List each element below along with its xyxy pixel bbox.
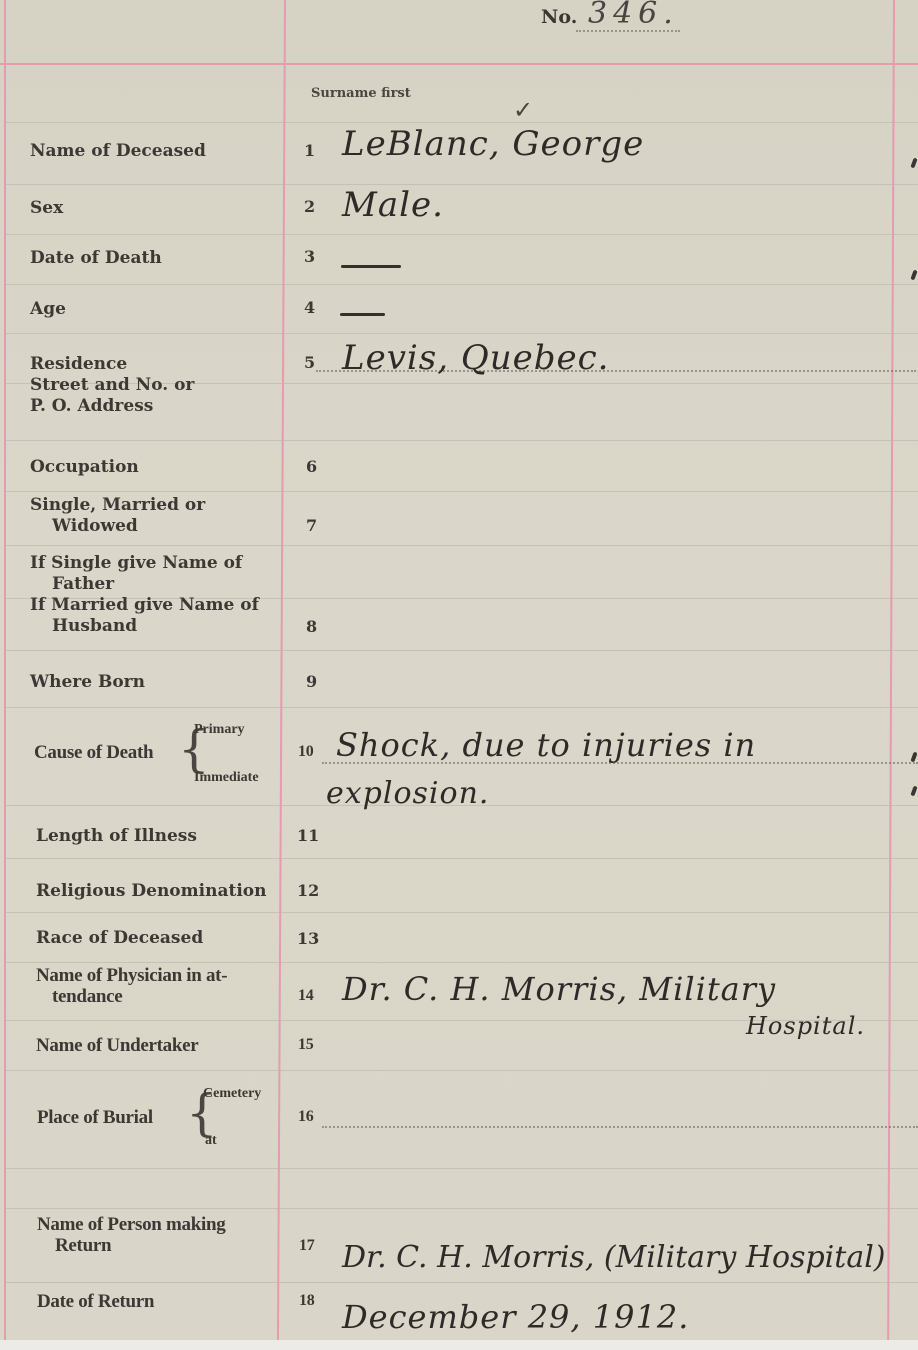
label-line: tendance xyxy=(36,986,122,1007)
label-line: Widowed xyxy=(30,516,138,537)
check-mark-icon: ✓ xyxy=(513,96,533,124)
label-line: Name of Physician in at- xyxy=(36,965,227,986)
field-number: 18 xyxy=(299,1292,314,1310)
label-line: If Single give Name of xyxy=(30,553,259,574)
label-date-of-death: Date of Death xyxy=(30,248,162,269)
label-date-of-return: Date of Return xyxy=(37,1291,154,1312)
value-name-of-deceased: LeBlanc, George xyxy=(342,124,644,164)
label-line: Father xyxy=(30,574,114,595)
ruling-line xyxy=(6,440,918,441)
ruling-line xyxy=(6,1070,918,1071)
left-margin-rule xyxy=(4,0,6,1340)
field-number: 6 xyxy=(306,457,317,476)
label-line: Name of Person making xyxy=(37,1214,225,1235)
field-number: 13 xyxy=(297,929,319,948)
value-residence: Levis, Quebec. xyxy=(342,338,609,378)
label-name-of-deceased: Name of Deceased xyxy=(30,141,206,162)
ruling-line xyxy=(6,707,918,708)
value-cause-of-death-line1: Shock, due to injuries in xyxy=(336,726,756,764)
ruling-line xyxy=(6,234,918,235)
label-cause-of-death: Cause of Death xyxy=(34,742,153,763)
surname-first-hint: Surname first xyxy=(311,86,411,101)
ruling-line xyxy=(6,333,918,334)
label-place-of-burial: Place of Burial xyxy=(37,1107,153,1128)
label-where-born: Where Born xyxy=(30,672,145,693)
field-number: 8 xyxy=(306,617,317,636)
field-number: 17 xyxy=(299,1237,314,1255)
field-number: 3 xyxy=(304,247,315,266)
field-number: 7 xyxy=(306,516,317,535)
sub-label-primary: Primary xyxy=(194,722,245,738)
value-date-of-death-dash xyxy=(341,265,401,268)
ruling-line xyxy=(6,491,918,492)
label-occupation: Occupation xyxy=(30,457,139,478)
sub-label-immediate: Immediate xyxy=(194,770,259,786)
label-religious-denomination: Religious Denomination xyxy=(36,881,266,902)
field-number: 2 xyxy=(304,197,315,216)
ruling-line xyxy=(6,122,918,123)
label-line: Return xyxy=(37,1235,111,1256)
field-number: 9 xyxy=(306,672,317,691)
label-line: If Married give Name of xyxy=(30,595,259,616)
label-race-of-deceased: Race of Deceased xyxy=(36,928,203,949)
label-physician: Name of Physician in at- tendance xyxy=(36,965,227,1007)
label-line: Husband xyxy=(30,616,137,637)
ruling-line xyxy=(6,650,918,651)
sub-label-at: at xyxy=(205,1133,217,1149)
label-line: P. O. Address xyxy=(30,396,194,417)
ruling-line xyxy=(6,284,918,285)
field-number: 16 xyxy=(298,1108,313,1126)
field-number: 10 xyxy=(298,743,313,761)
field-number: 11 xyxy=(297,826,319,845)
value-date-of-return: December 29, 1912. xyxy=(342,1298,689,1336)
page-bottom-edge xyxy=(0,1340,918,1350)
ruling-line xyxy=(6,545,918,546)
value-cause-of-death-line2: explosion. xyxy=(326,776,489,811)
record-number-label: No. xyxy=(541,6,577,28)
record-number-dotted-line xyxy=(576,30,680,32)
header-rule xyxy=(0,63,918,65)
ruling-line xyxy=(6,912,918,913)
label-line: Street and No. or xyxy=(30,375,194,396)
record-number-value: 346. xyxy=(588,0,679,31)
field-number: 4 xyxy=(304,298,315,317)
value-age-dash xyxy=(340,313,385,316)
label-line: Residence xyxy=(30,354,194,375)
label-marital-status: Single, Married or Widowed xyxy=(30,495,205,537)
value-physician-line1: Dr. C. H. Morris, Military xyxy=(342,970,776,1008)
dotted-entry-line xyxy=(322,1126,918,1128)
ruling-line xyxy=(6,858,918,859)
value-physician-line2: Hospital. xyxy=(746,1012,865,1040)
label-line: Single, Married or xyxy=(30,495,205,516)
field-number: 1 xyxy=(304,141,315,160)
ruling-line xyxy=(6,962,918,963)
value-sex: Male. xyxy=(342,185,444,225)
label-parent-spouse: If Single give Name of Father If Married… xyxy=(30,553,259,637)
field-number: 5 xyxy=(304,353,315,372)
label-length-of-illness: Length of Illness xyxy=(36,826,197,847)
field-number: 12 xyxy=(297,881,319,900)
label-undertaker: Name of Undertaker xyxy=(36,1035,198,1056)
ruling-line xyxy=(6,184,918,185)
label-person-making-return: Name of Person making Return xyxy=(37,1214,225,1256)
ruling-line xyxy=(6,1168,918,1169)
sub-label-cemetery: Cemetery xyxy=(203,1086,261,1102)
field-number: 15 xyxy=(298,1036,313,1054)
value-person-making-return: Dr. C. H. Morris, (Military Hospital) xyxy=(342,1240,886,1275)
ruling-line xyxy=(6,1208,918,1209)
label-residence: Residence Street and No. or P. O. Addres… xyxy=(30,354,194,417)
ruling-line xyxy=(6,1282,918,1283)
label-sex: Sex xyxy=(30,198,63,219)
label-age: Age xyxy=(30,299,66,320)
field-number: 14 xyxy=(298,987,313,1005)
register-page xyxy=(0,0,918,1340)
